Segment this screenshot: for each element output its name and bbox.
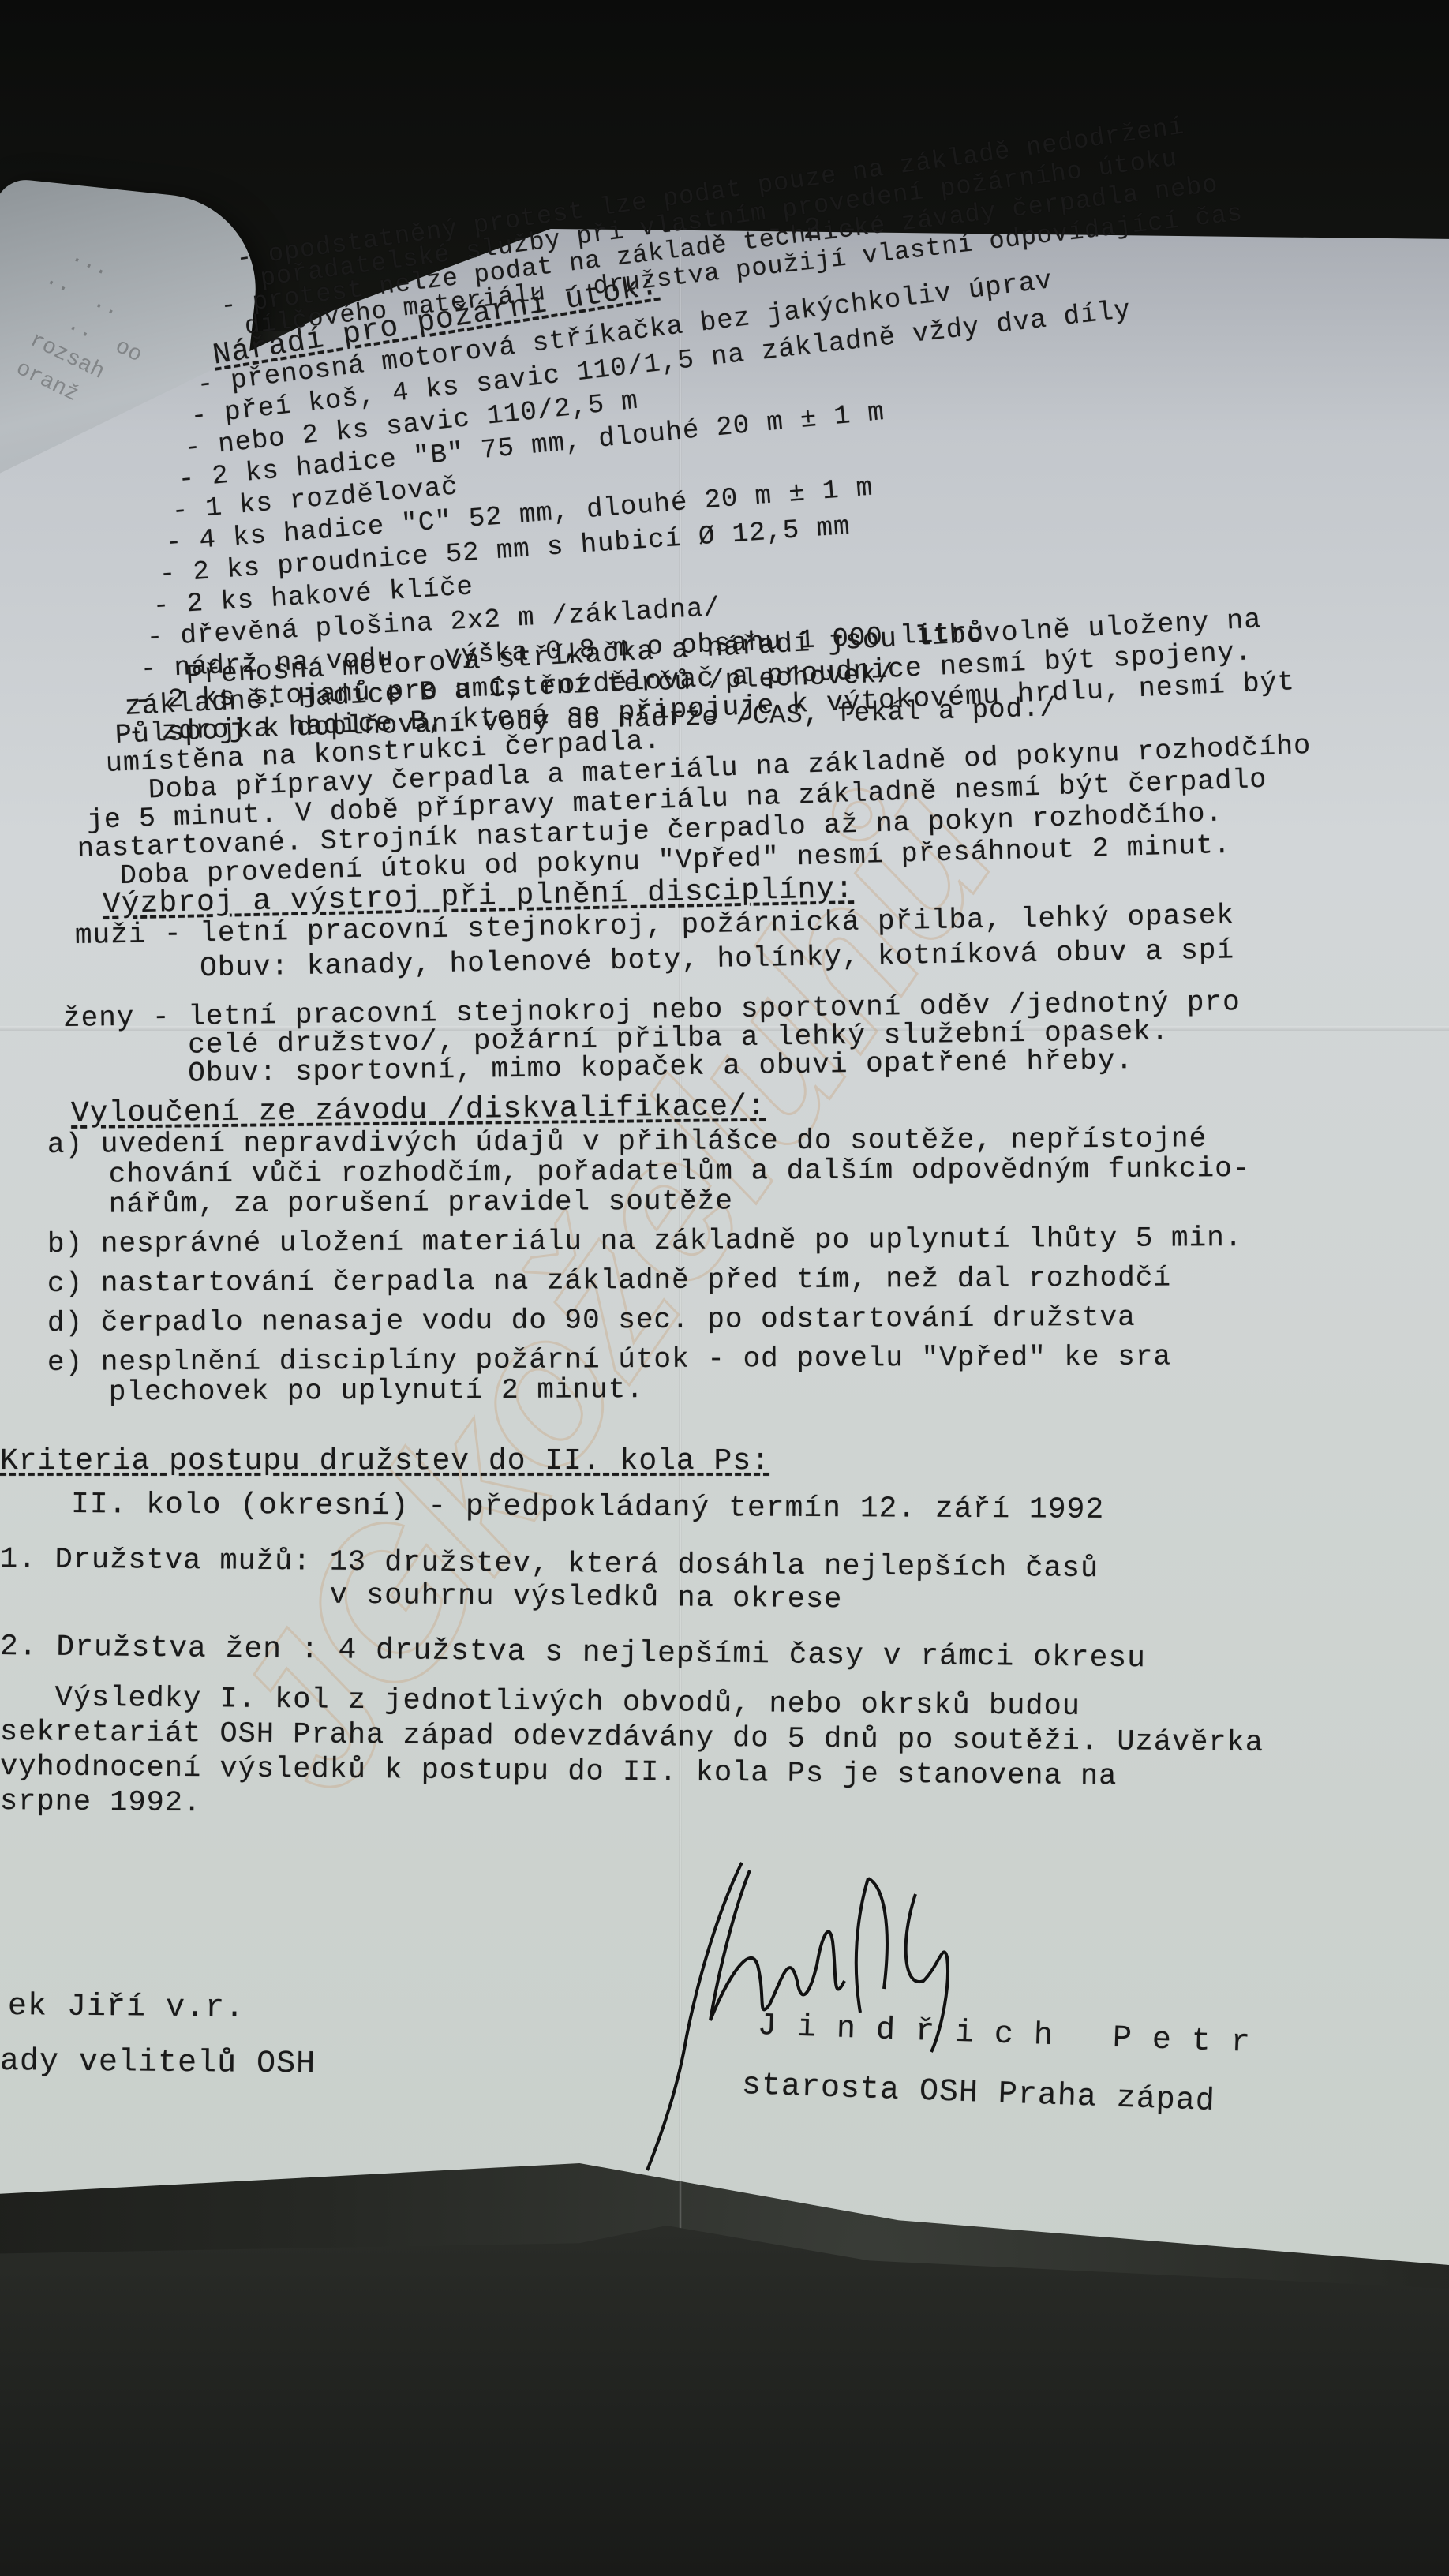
disqualification-item: c) nastartování čerpadla na základně pře… [47, 1262, 1171, 1300]
left-signatory-title: ady velitelů OSH [0, 2044, 316, 2082]
left-signatory-name: ek Jiří v.r. [8, 1989, 245, 2027]
disqualification-item: b) nesprávné uložení materiálu na základ… [47, 1222, 1243, 1260]
table-surface [0, 2226, 1449, 2576]
round-info: II. kolo (okresní) - předpokládaný termí… [71, 1488, 1104, 1527]
disqualification-item: d) čerpadlo nenasaje vodu do 90 sec. po … [47, 1301, 1136, 1339]
women-criteria: 2. Družstva žen : 4 družstva s nejlepším… [0, 1630, 1146, 1676]
disqualification-item: plechovek po uplynutí 2 minut. [55, 1373, 644, 1409]
section-heading-criteria: Kriteria postupu družstev do II. kola Ps… [0, 1444, 770, 1478]
results-line: srpne 1992. [0, 1785, 201, 1820]
handwritten-signature [631, 1847, 1105, 2178]
disqualification-item: nářům, za porušení pravidel soutěže [55, 1185, 733, 1221]
typed-text: - 2 -- opodstatněný protest lze podat po… [0, 0, 1449, 2576]
men-criteria: v souhrnu výsledků na okrese [0, 1576, 843, 1616]
